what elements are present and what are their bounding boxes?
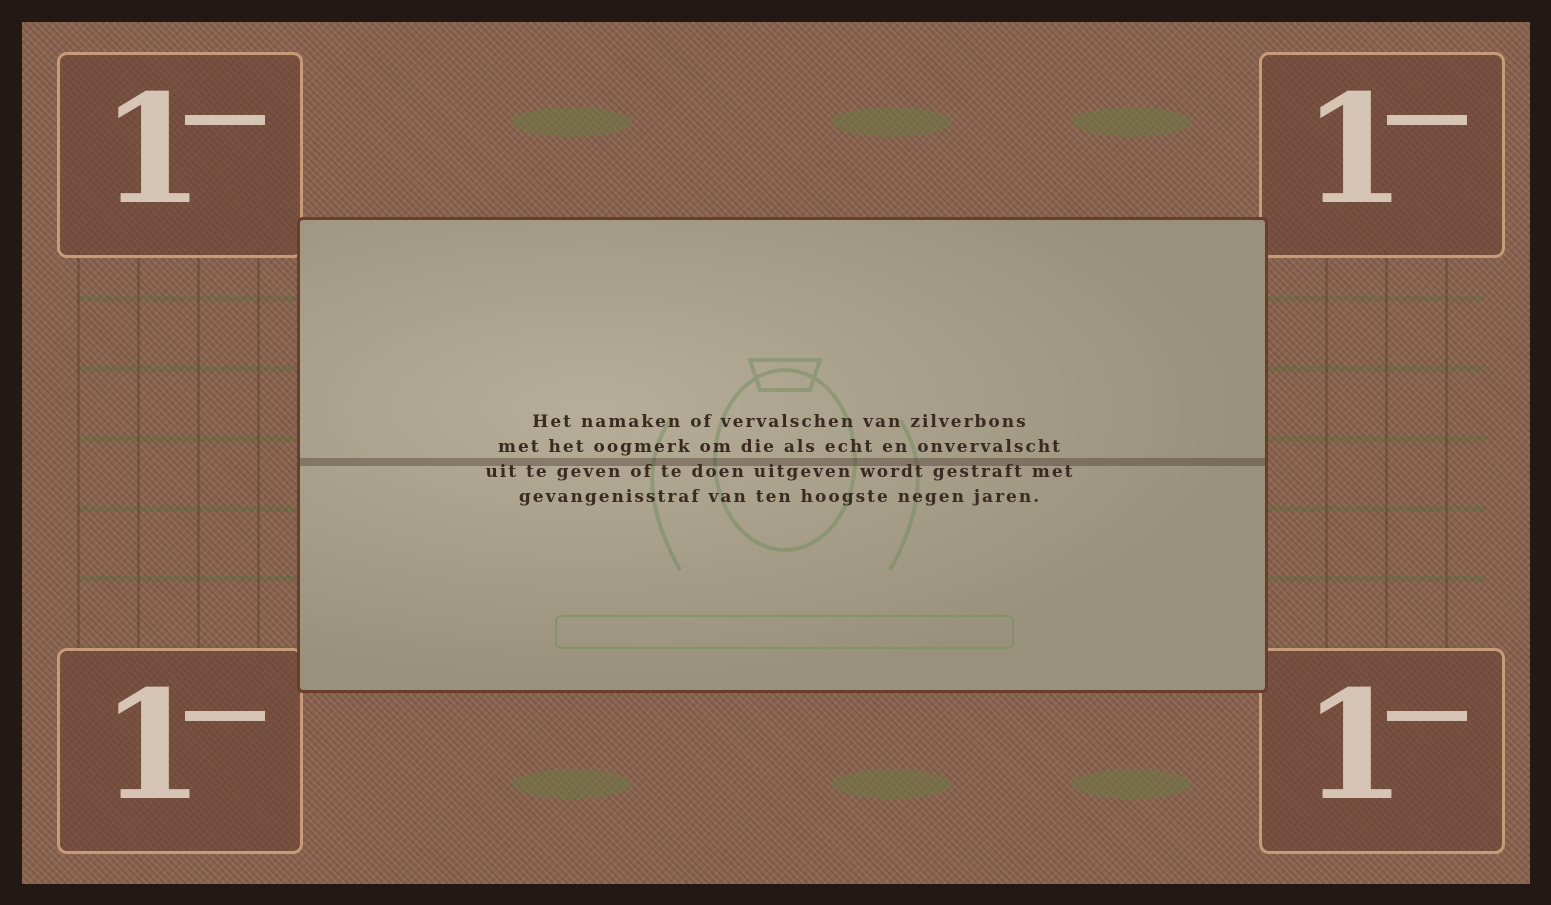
denomination-top-right: 1: [1259, 52, 1505, 258]
left-side-pattern: [77, 252, 297, 652]
dash-mark: [185, 115, 265, 125]
right-side-pattern: [1265, 252, 1485, 652]
dash-mark: [1387, 115, 1467, 125]
ribbon-scroll: [555, 615, 1014, 649]
dash-mark: [1387, 711, 1467, 721]
counterfeit-warning-text: Het namaken of vervalschen van zilverbon…: [430, 410, 1130, 510]
central-panel: Het namaken of vervalschen van zilverbon…: [297, 217, 1268, 693]
ornament-icon: [1072, 107, 1192, 137]
ornament-icon: [832, 107, 952, 137]
ornament-icon: [512, 769, 632, 799]
bottom-ornamental-band: [312, 714, 1240, 854]
ornament-icon: [832, 769, 952, 799]
denomination-bottom-right: 1: [1259, 648, 1505, 854]
top-ornamental-band: [312, 52, 1240, 192]
ornament-icon: [512, 107, 632, 137]
ornament-icon: [1072, 769, 1192, 799]
dash-mark: [185, 711, 265, 721]
denomination-bottom-left: 1: [57, 648, 303, 854]
banknote: 1 1 1 1 Het namaken of vervalschen van z…: [22, 22, 1530, 884]
denomination-top-left: 1: [57, 52, 303, 258]
